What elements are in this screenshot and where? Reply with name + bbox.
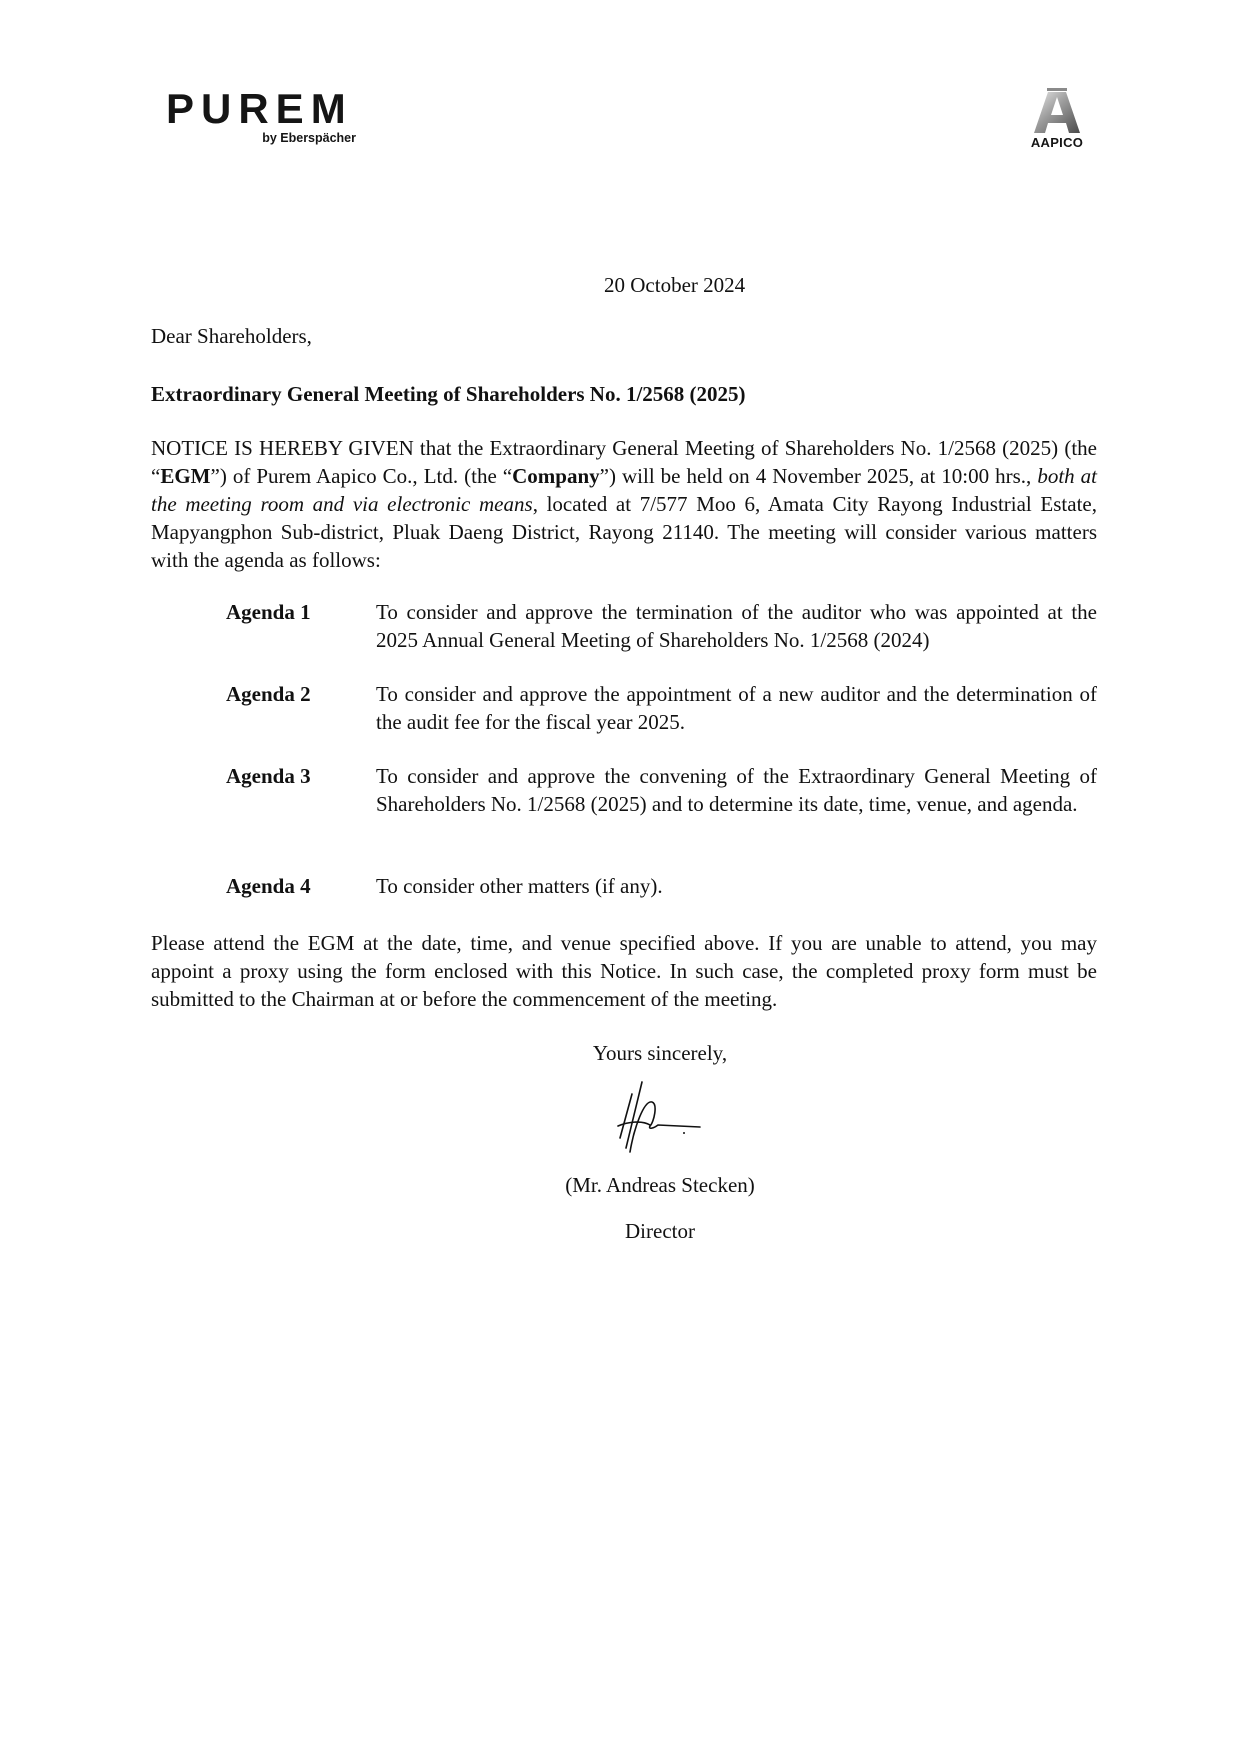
letter-date: 20 October 2024: [604, 271, 745, 299]
agenda-label: Agenda 4: [226, 872, 311, 900]
aapico-a-icon: [1033, 88, 1081, 134]
agenda-label: Agenda 1: [226, 598, 311, 626]
purem-logo-tagline: by Eberspächer: [166, 131, 356, 145]
agenda-label: Agenda 2: [226, 680, 311, 708]
purem-logo: PUREM by Eberspächer: [166, 88, 366, 145]
agenda-label: Agenda 3: [226, 762, 311, 790]
egm-defined-term: EGM: [160, 464, 210, 488]
document-page: PUREM by Eberspächer AAPICO 20 October 2…: [0, 0, 1241, 1755]
aapico-logo-wordmark: AAPICO: [1022, 135, 1092, 150]
notice-paragraph: NOTICE IS HEREBY GIVEN that the Extraord…: [151, 434, 1097, 574]
agenda-text: To consider and approve the termination …: [376, 598, 1097, 654]
handwritten-signature-icon: [612, 1078, 712, 1158]
closing-paragraph: Please attend the EGM at the date, time,…: [151, 929, 1097, 1013]
agenda-text: To consider other matters (if any).: [376, 872, 1097, 900]
agenda-text: To consider and approve the convening of…: [376, 762, 1097, 818]
purem-logo-wordmark: PUREM: [166, 88, 366, 130]
company-defined-term: Company: [512, 464, 600, 488]
salutation: Dear Shareholders,: [151, 322, 312, 350]
signer-name: (Mr. Andreas Stecken): [500, 1171, 820, 1199]
agenda-text: To consider and approve the appointment …: [376, 680, 1097, 736]
signer-title: Director: [500, 1217, 820, 1245]
notice-text-2: ”) of Purem Aapico Co., Ltd. (the “: [211, 464, 513, 488]
aapico-logo: AAPICO: [1022, 88, 1092, 150]
notice-text-3: ”) will be held on 4 November 2025, at 1…: [600, 464, 1038, 488]
sign-off: Yours sincerely,: [500, 1039, 820, 1067]
letter-subject: Extraordinary General Meeting of Shareho…: [151, 380, 746, 408]
